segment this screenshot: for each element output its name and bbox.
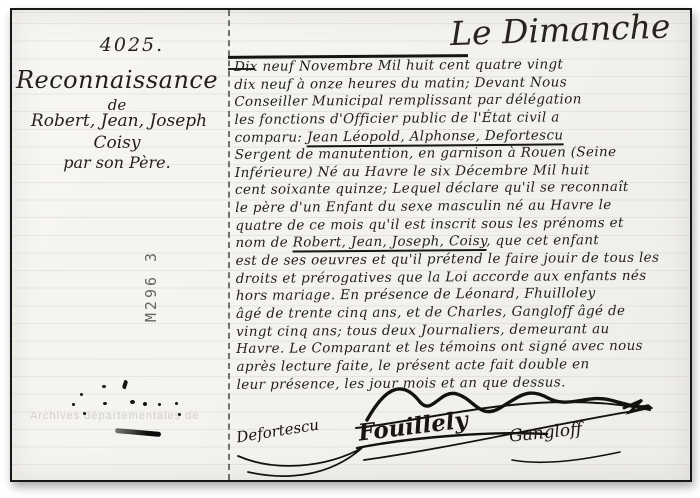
ink-spot xyxy=(72,403,75,406)
ink-spot xyxy=(178,413,181,416)
ink-spot xyxy=(102,385,106,388)
body-text: Dix neuf Novembre Mil huit cent quatre v… xyxy=(234,55,691,394)
margin-title: Reconnaissance xyxy=(8,66,226,94)
ink-smudge xyxy=(115,428,161,437)
margin-child-forenames: Robert, Jean, Joseph xyxy=(12,111,226,131)
ink-spot xyxy=(143,402,147,406)
ink-spot xyxy=(158,403,161,406)
archive-page: 4025. Reconnaissance de Robert, Jean, Jo… xyxy=(0,0,700,498)
act-number: 4025. xyxy=(72,34,192,56)
margin-child-surname: Coisy xyxy=(12,133,222,153)
margin-par-son-pere: par son Père. xyxy=(12,153,222,172)
ink-spot xyxy=(80,393,83,396)
body-line: cent soixante quinze; Lequel déclare qu'… xyxy=(235,179,689,200)
margin-divider-rule xyxy=(228,10,230,480)
body-line: âgé de trente cinq ans, et de Charles, G… xyxy=(236,302,690,323)
archive-watermark: Archives départementales de xyxy=(30,410,199,422)
ink-mark xyxy=(122,380,129,390)
date-heading: Le Dimanche xyxy=(449,6,690,53)
archive-reference-stamp: M296 3 xyxy=(142,226,166,346)
ink-spot xyxy=(83,412,86,415)
ink-spot xyxy=(103,402,107,405)
ink-spot xyxy=(130,400,135,404)
defortescu-paraph-flourish xyxy=(230,438,380,483)
body-line: Havre. Le Comparant et les témoins ont s… xyxy=(236,338,690,359)
underlined-name: Robert, Jean, Joseph, Coisy xyxy=(293,233,487,253)
document-scan: 4025. Reconnaissance de Robert, Jean, Jo… xyxy=(10,8,692,482)
ink-spot xyxy=(175,402,178,405)
